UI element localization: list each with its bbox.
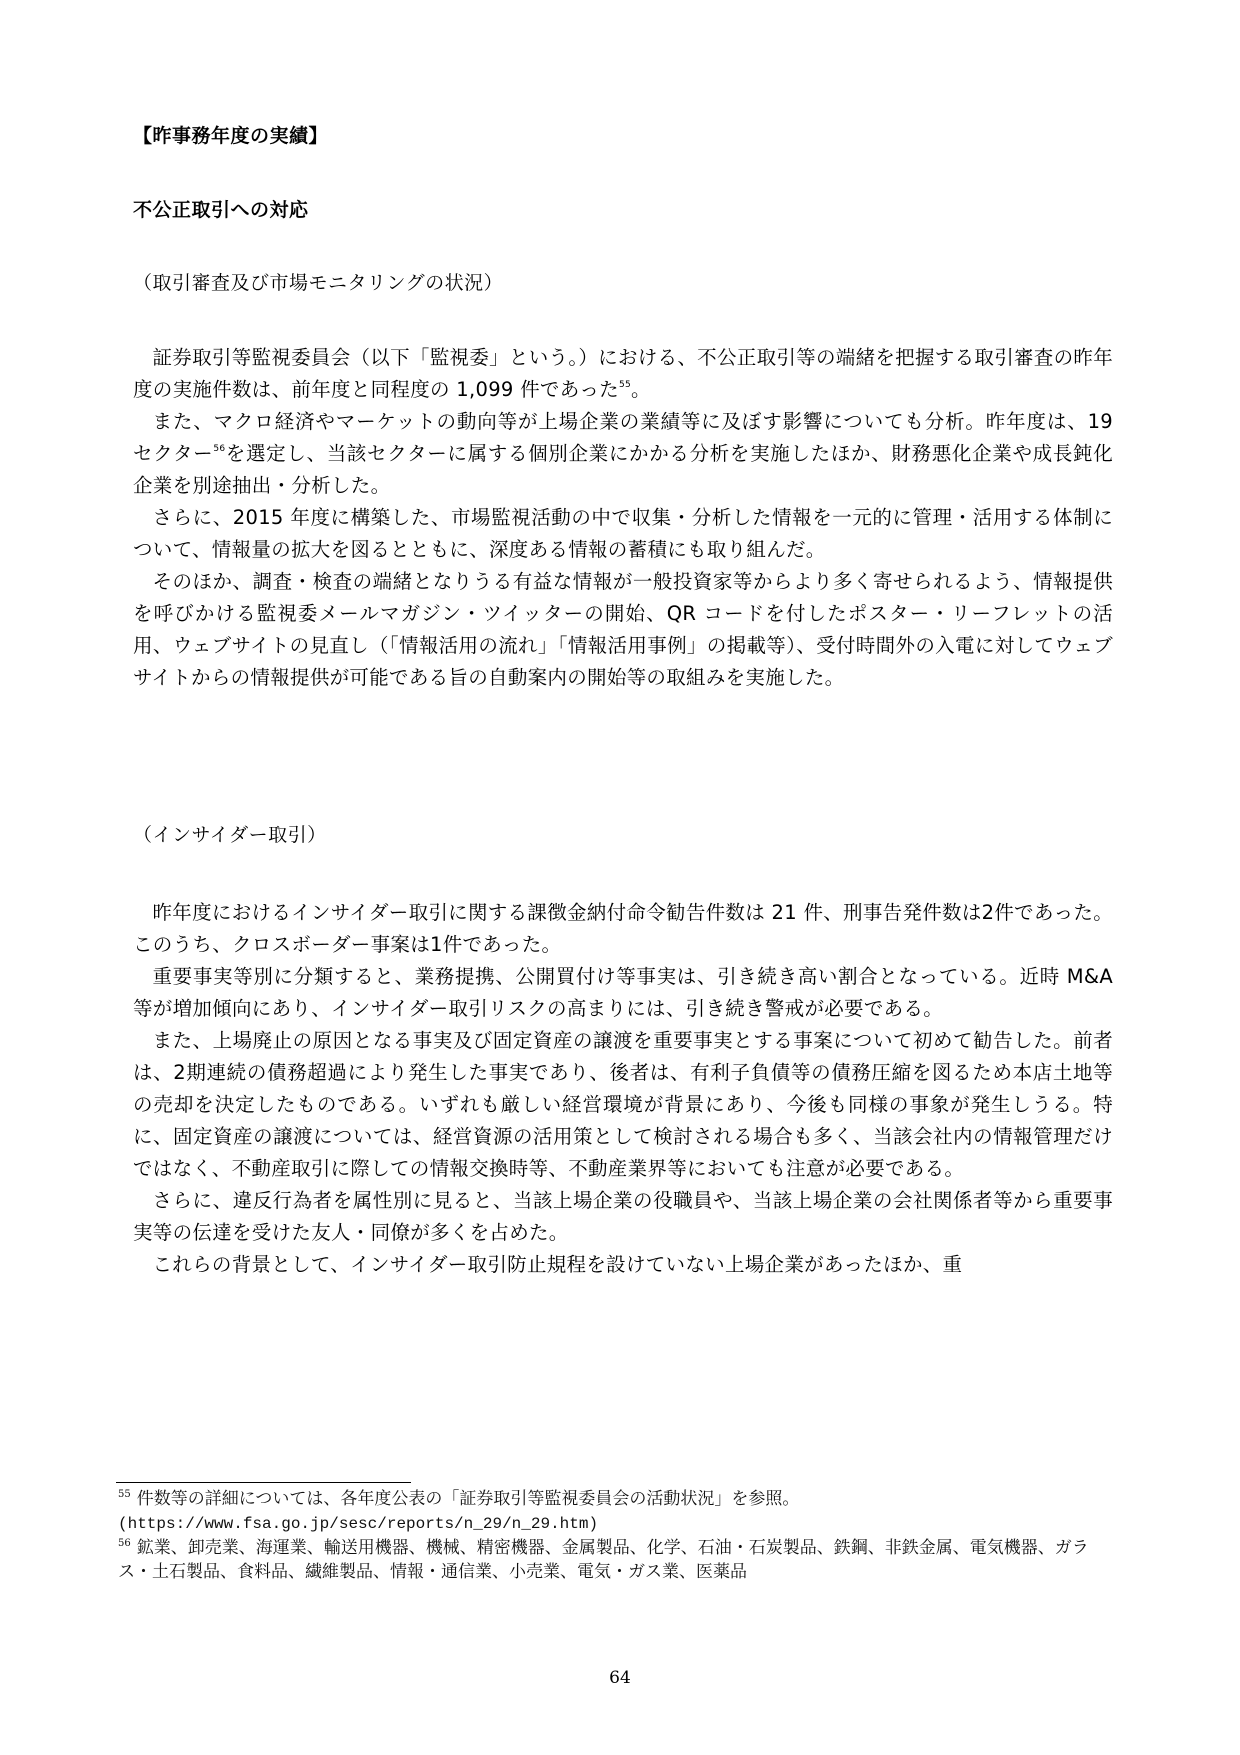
paragraph-text: 証券取引等監視委員会（以下「監視委」という。）における、不公正取引等の端緒を把握… (133, 346, 1113, 401)
paragraph: さらに、違反行為者を属性別に見ると、当該上場企業の役職員や、当該上場企業の会社関… (133, 1185, 1113, 1249)
section-heading: 【昨事務年度の実績】 (133, 121, 1113, 148)
footnote-url-link[interactable]: (https://www.fsa.go.jp/sesc/reports/n_29… (118, 1515, 598, 1533)
topic-heading-insider-trading: （インサイダー取引） (133, 820, 1113, 847)
subsection-heading: 不公正取引への対応 (133, 195, 1113, 222)
paragraph: 昨年度におけるインサイダー取引に関する課徴金納付命令勧告件数は 21 件、刑事告… (133, 897, 1113, 961)
page-number: 64 (0, 1668, 1240, 1688)
footnote-text: 鉱業、卸売業、海運業、輸送用機器、機械、精密機器、金属製品、化学、石油・石炭製品… (118, 1538, 1089, 1582)
paragraph: また、マクロ経済やマーケットの動向等が上場企業の業績等に及ぼす影響についても分析… (133, 406, 1113, 502)
footnote-56: 56鉱業、卸売業、海運業、輸送用機器、機械、精密機器、金属製品、化学、石油・石炭… (118, 1536, 1118, 1584)
footnote-ref[interactable]: 56 (213, 444, 225, 454)
paragraph-text: さらに、2015 年度に構築した、市場監視活動の中で収集・分析した情報を一元的に… (133, 506, 1113, 561)
paragraph-text: 。 (631, 378, 651, 401)
paragraph: また、上場廃止の原因となる事実及び固定資産の譲渡を重要事実とする事案について初め… (133, 1025, 1113, 1185)
paragraph: そのほか、調査・検査の端緒となりうる有益な情報が一般投資家等からより多く寄せられ… (133, 566, 1113, 694)
footnote-number: 56 (118, 1538, 131, 1549)
section2-body: 昨年度におけるインサイダー取引に関する課徴金納付命令勧告件数は 21 件、刑事告… (133, 897, 1113, 1281)
footnotes: 55件数等の詳細については、各年度公表の「証券取引等監視委員会の活動状況」を参照… (118, 1487, 1118, 1584)
paragraph-text: を選定し、当該セクターに属する個別企業にかかる分析を実施したほか、財務悪化企業や… (133, 442, 1113, 497)
topic-heading-market-monitoring: （取引審査及び市場モニタリングの状況） (133, 268, 1113, 295)
footnote-ref[interactable]: 55 (619, 380, 631, 390)
paragraph: 重要事実等別に分類すると、業務提携、公開買付け等事実は、引き続き高い割合となって… (133, 961, 1113, 1025)
footnote-divider (116, 1482, 411, 1483)
paragraph: さらに、2015 年度に構築した、市場監視活動の中で収集・分析した情報を一元的に… (133, 502, 1113, 566)
document-page: 【昨事務年度の実績】 不公正取引への対応 （取引審査及び市場モニタリングの状況）… (0, 0, 1240, 1755)
footnote-55: 55件数等の詳細については、各年度公表の「証券取引等監視委員会の活動状況」を参照… (118, 1487, 1118, 1511)
footnote-text: 件数等の詳細については、各年度公表の「証券取引等監視委員会の活動状況」を参照。 (137, 1489, 800, 1509)
footnote-55-url: (https://www.fsa.go.jp/sesc/reports/n_29… (118, 1511, 1118, 1536)
paragraph-text: そのほか、調査・検査の端緒となりうる有益な情報が一般投資家等からより多く寄せられ… (133, 570, 1113, 689)
paragraph: これらの背景として、インサイダー取引防止規程を設けていない上場企業があったほか、… (133, 1249, 1113, 1281)
section1-body: 証券取引等監視委員会（以下「監視委」という。）における、不公正取引等の端緒を把握… (133, 342, 1113, 694)
footnote-number: 55 (118, 1489, 131, 1500)
paragraph: 証券取引等監視委員会（以下「監視委」という。）における、不公正取引等の端緒を把握… (133, 342, 1113, 406)
